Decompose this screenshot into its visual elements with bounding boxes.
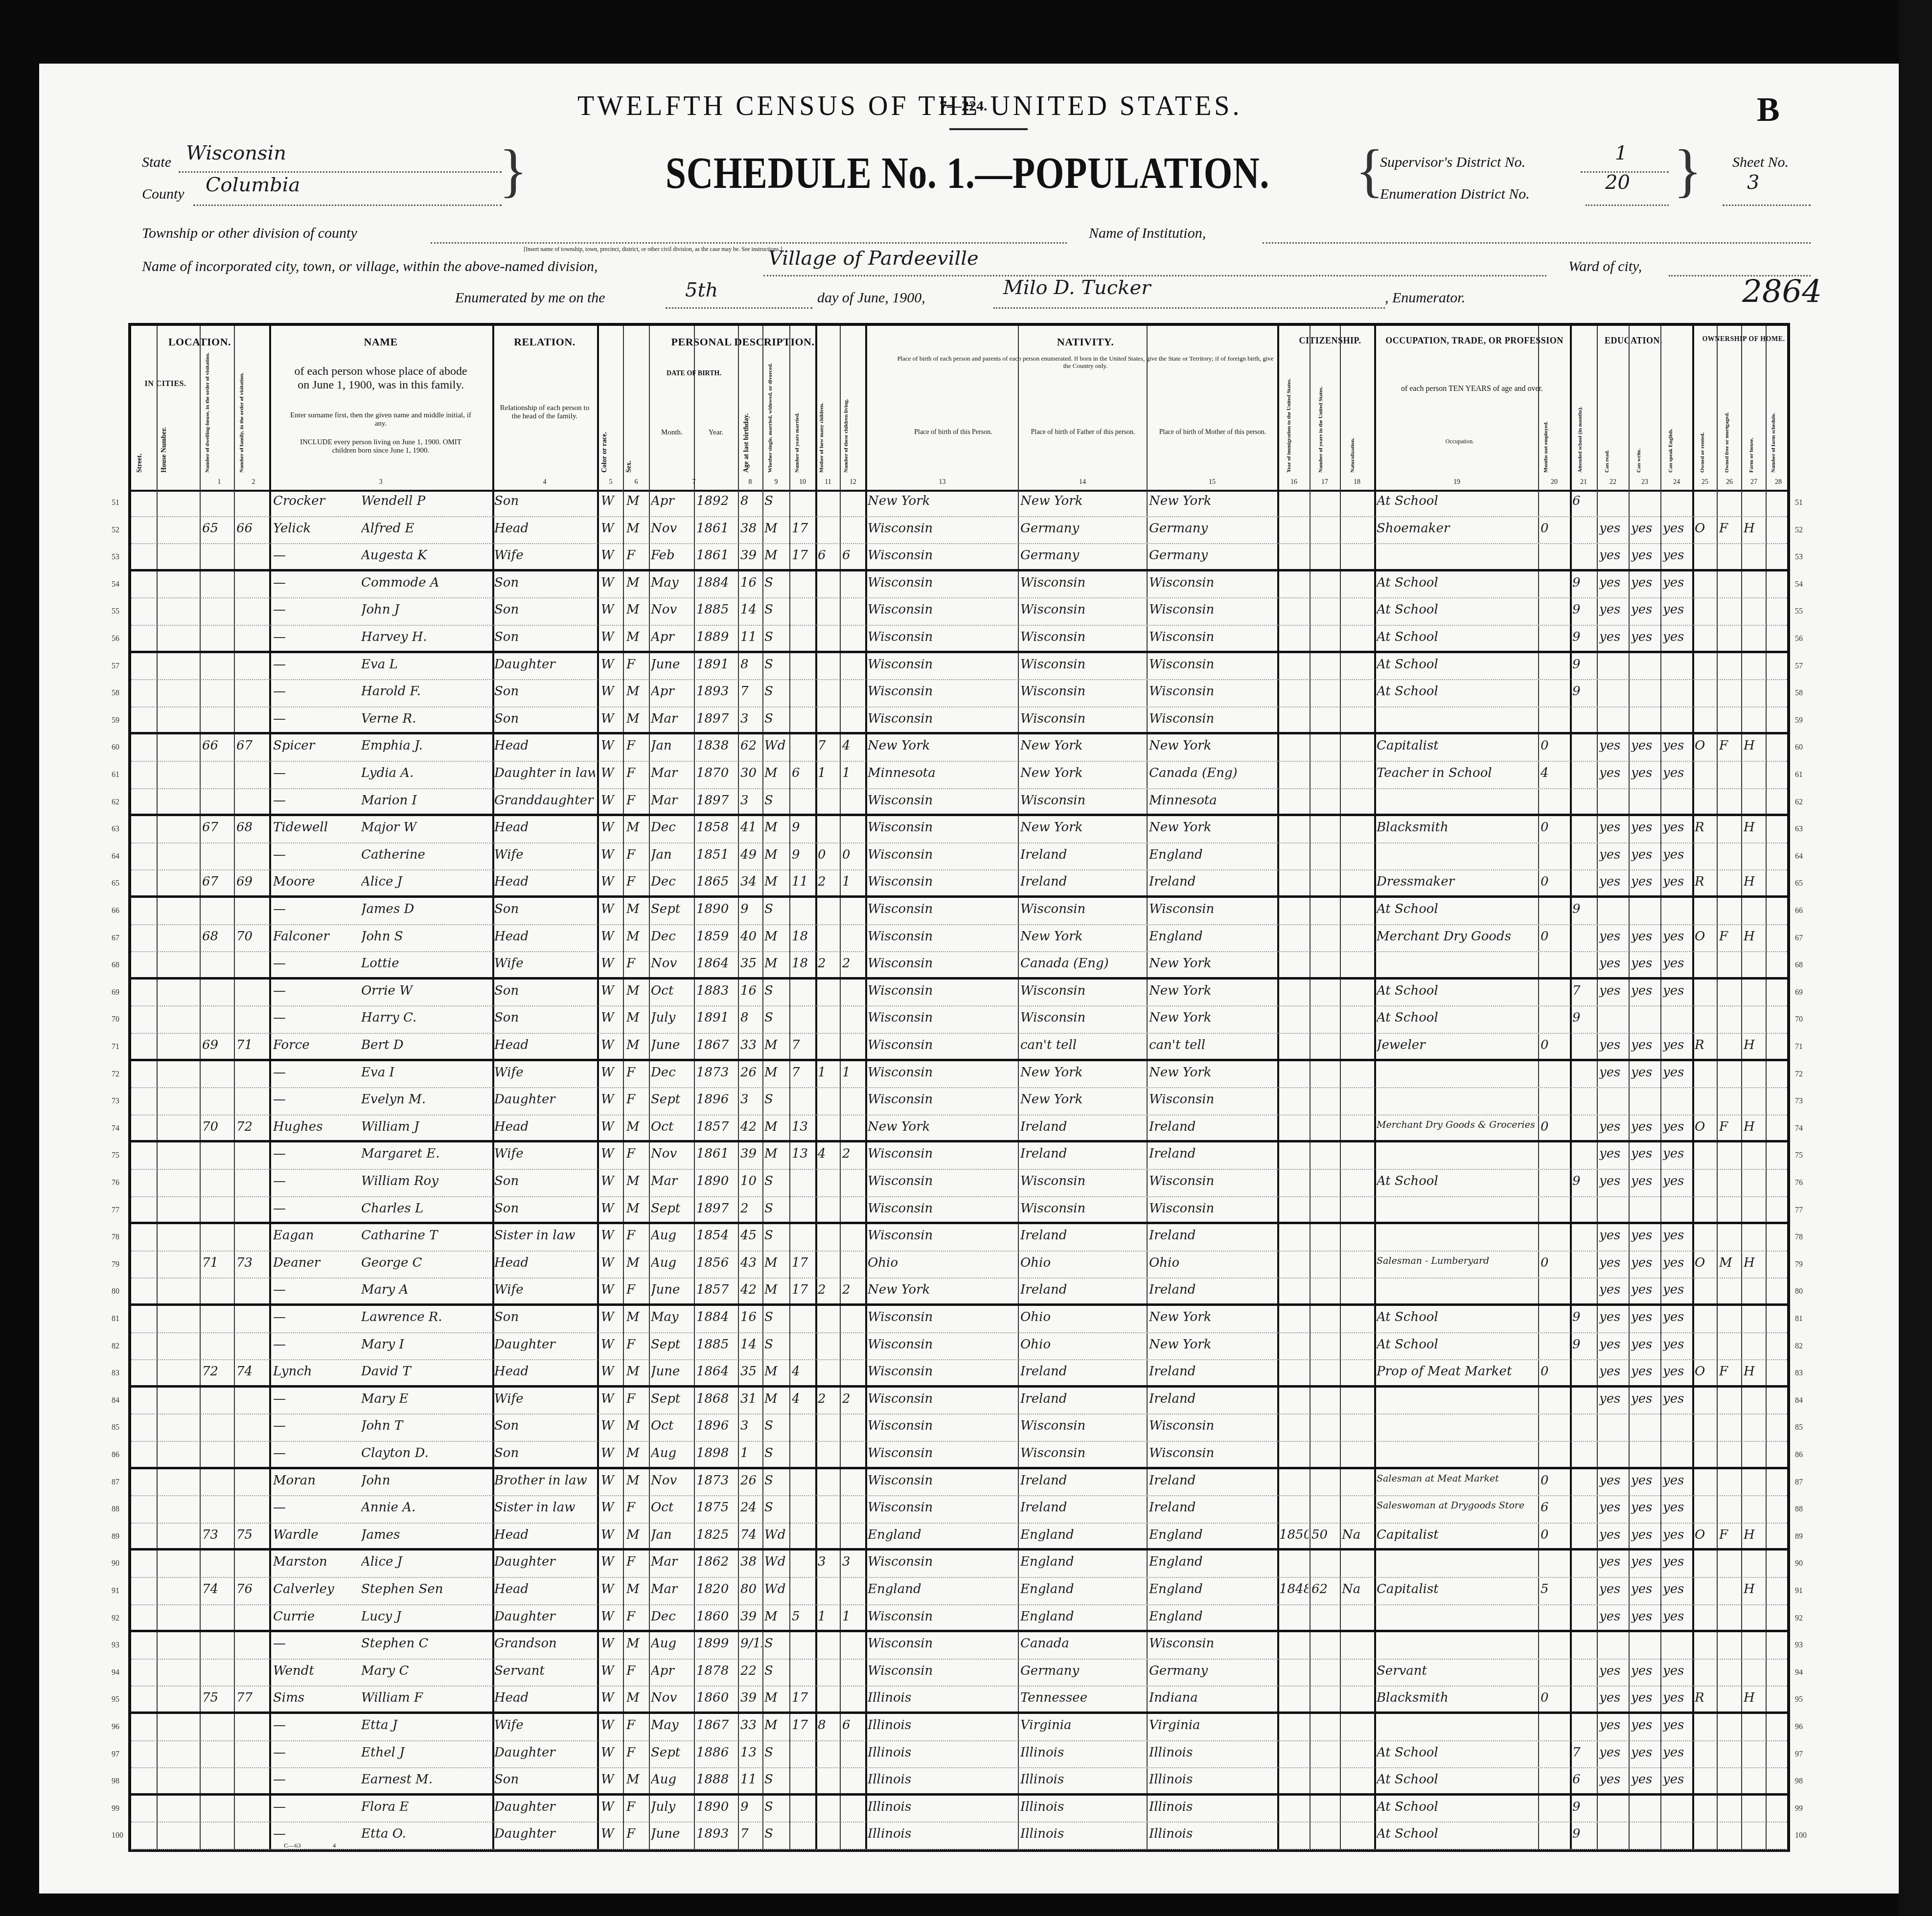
cell-age: 45 bbox=[740, 1228, 762, 1243]
cell-pob-father: New York bbox=[1020, 820, 1145, 835]
cell-pob: Wisconsin bbox=[868, 1391, 1017, 1406]
cell-pob: New York bbox=[868, 1119, 1017, 1134]
cell-surname: — bbox=[273, 1092, 361, 1107]
cell-free: F bbox=[1719, 738, 1741, 753]
cell-color: W bbox=[601, 1092, 621, 1107]
cell-relation: Grandson bbox=[494, 1636, 595, 1651]
cell-read: yes bbox=[1599, 1473, 1629, 1488]
cell-read: yes bbox=[1599, 1554, 1629, 1569]
cell-sex: F bbox=[626, 1718, 646, 1733]
cell-given: Catharine T bbox=[361, 1228, 491, 1243]
cell-pob-mother: Ireland bbox=[1149, 1228, 1276, 1243]
sheet-line bbox=[1723, 205, 1811, 206]
cell-age: 24 bbox=[740, 1500, 762, 1515]
cell-living: 4 bbox=[842, 738, 864, 753]
cell-age: 3 bbox=[740, 1092, 762, 1107]
table-row: —CatherineWifeWFJan185149M900WisconsinIr… bbox=[131, 844, 1787, 871]
cell-year: 1864 bbox=[696, 956, 736, 971]
cell-read: yes bbox=[1599, 738, 1629, 753]
cell-surname: Deaner bbox=[273, 1255, 361, 1270]
city-label: Name of incorporated city, town, or vill… bbox=[142, 258, 598, 275]
cell-sex: M bbox=[626, 902, 646, 916]
cell-write: yes bbox=[1631, 929, 1659, 944]
cell-month: Nov bbox=[651, 956, 693, 971]
cell-relation: Daughter bbox=[494, 1745, 595, 1760]
cell-given: William J bbox=[361, 1119, 491, 1134]
cell-surname: Tidewell bbox=[273, 820, 361, 835]
cell-pob: Wisconsin bbox=[868, 575, 1017, 590]
cell-marital: Wd bbox=[764, 1554, 789, 1569]
cell-relation: Head bbox=[494, 820, 595, 835]
header-relation-desc: Relationship of each person to the head … bbox=[498, 404, 591, 421]
cell-relation: Wife bbox=[494, 1718, 595, 1733]
cell-living: 1 bbox=[842, 1065, 864, 1080]
cell-sex: M bbox=[626, 1310, 646, 1324]
cell-english: yes bbox=[1663, 1772, 1691, 1787]
cell-color: W bbox=[601, 684, 621, 699]
cell-pob-mother: Ireland bbox=[1149, 1364, 1276, 1379]
cell-pob-father: Ireland bbox=[1020, 1146, 1145, 1161]
cell-write: yes bbox=[1631, 1772, 1659, 1787]
column-number: 26 bbox=[1718, 479, 1741, 486]
table-row: 7072HughesWilliam JHeadWMOct185742M13New… bbox=[131, 1116, 1787, 1143]
cell-relation: Head bbox=[494, 1038, 595, 1052]
cell-month: Dec bbox=[651, 820, 693, 835]
cell-month: Jan bbox=[651, 1528, 693, 1542]
cell-month: Dec bbox=[651, 1609, 693, 1624]
cell-sex: M bbox=[626, 1364, 646, 1379]
line-number-left: 94 bbox=[112, 1668, 119, 1677]
line-number-left: 78 bbox=[112, 1233, 119, 1242]
cell-pob: Wisconsin bbox=[868, 1174, 1017, 1188]
cell-pob-father: Wisconsin bbox=[1020, 711, 1145, 726]
cell-pob-father: Ireland bbox=[1020, 1500, 1145, 1515]
enumerator-label: , Enumerator. bbox=[1385, 290, 1465, 306]
township-label: Township or other division of county bbox=[142, 225, 357, 242]
cell-occupation: Capitalist bbox=[1377, 1528, 1537, 1542]
cell-month: June bbox=[651, 1038, 693, 1052]
cell-school: 9 bbox=[1572, 630, 1596, 644]
vheader-can-speak-english: Can speak English. bbox=[1668, 385, 1674, 473]
table-row: —Harry C.SonWMJuly18918SWisconsinWiscons… bbox=[131, 1006, 1787, 1034]
cell-month: May bbox=[651, 1310, 693, 1324]
cell-relation: Head bbox=[494, 1582, 595, 1597]
cell-pob-mother: Ohio bbox=[1149, 1255, 1276, 1270]
cell-pob: Wisconsin bbox=[868, 874, 1017, 889]
cell-surname: — bbox=[273, 575, 361, 590]
cell-occupation: Saleswoman at Drygoods Store bbox=[1377, 1500, 1537, 1511]
cell-month: Apr bbox=[651, 1664, 693, 1678]
institution-line bbox=[1263, 242, 1811, 244]
cell-color: W bbox=[601, 820, 621, 835]
cell-age: 8 bbox=[740, 657, 762, 672]
cell-own: O bbox=[1695, 1528, 1716, 1542]
cell-relation: Wife bbox=[494, 1391, 595, 1406]
line-number-right: 96 bbox=[1795, 1723, 1803, 1732]
header-relation: RELATION. bbox=[493, 336, 596, 348]
cell-color: W bbox=[601, 766, 621, 780]
city-line bbox=[763, 275, 1546, 276]
cell-year: 1857 bbox=[696, 1119, 736, 1134]
cell-write: yes bbox=[1631, 630, 1659, 644]
cell-school: 7 bbox=[1572, 983, 1596, 998]
table-row: —Etta JWifeWFMay186733M1786IllinoisVirgi… bbox=[131, 1714, 1787, 1741]
cell-year: 1861 bbox=[696, 1146, 736, 1161]
cell-yrs-married: 5 bbox=[792, 1609, 814, 1624]
vheader-years-us: Number of years in the United States. bbox=[1318, 355, 1324, 473]
cell-yrs-married: 4 bbox=[792, 1391, 814, 1406]
cell-farm: H bbox=[1744, 1690, 1765, 1705]
cell-surname: Yelick bbox=[273, 521, 361, 536]
cell-color: W bbox=[601, 1473, 621, 1488]
header-ownership: OWNERSHIP OF HOME. bbox=[1697, 336, 1790, 343]
table-row: —William RoySonWMMar189010SWisconsinWisc… bbox=[131, 1170, 1787, 1197]
cell-occupation: At School bbox=[1377, 1174, 1537, 1188]
cell-write: yes bbox=[1631, 521, 1659, 536]
cell-write: yes bbox=[1631, 1690, 1659, 1705]
cell-sex: M bbox=[626, 684, 646, 699]
line-number-right: 78 bbox=[1795, 1233, 1803, 1242]
cell-mother-of: 2 bbox=[818, 956, 838, 971]
cell-pob-mother: Illinois bbox=[1149, 1772, 1276, 1787]
line-number-right: 81 bbox=[1795, 1315, 1803, 1323]
cell-school: 9 bbox=[1572, 602, 1596, 617]
cell-sex: F bbox=[626, 738, 646, 753]
cell-pob: England bbox=[868, 1528, 1017, 1542]
cell-pob: Wisconsin bbox=[868, 1664, 1017, 1678]
cell-pob-mother: Illinois bbox=[1149, 1745, 1276, 1760]
cell-relation: Head bbox=[494, 1690, 595, 1705]
cell-write: yes bbox=[1631, 820, 1659, 835]
cell-english: yes bbox=[1663, 929, 1691, 944]
cell-year: 1856 bbox=[696, 1255, 736, 1270]
census-title: TWELFTH CENSUS OF THE UNITED STATES. bbox=[577, 91, 1242, 122]
cell-marital: S bbox=[764, 1500, 789, 1515]
cell-month: Sept bbox=[651, 1391, 693, 1406]
line-number-right: 60 bbox=[1795, 743, 1803, 752]
cell-farm: H bbox=[1744, 1528, 1765, 1542]
cell-write: yes bbox=[1631, 1745, 1659, 1760]
cell-pob-father: Wisconsin bbox=[1020, 793, 1145, 808]
cell-dwelling: 72 bbox=[202, 1364, 231, 1379]
cell-given: Annie A. bbox=[361, 1500, 491, 1515]
cell-pob: Illinois bbox=[868, 1826, 1017, 1841]
cell-living: 1 bbox=[842, 766, 864, 780]
cell-relation: Daughter bbox=[494, 1337, 595, 1352]
cell-pob: Wisconsin bbox=[868, 1473, 1017, 1488]
cell-english: yes bbox=[1663, 1664, 1691, 1678]
cell-school: 9 bbox=[1572, 1337, 1596, 1352]
line-number-right: 98 bbox=[1795, 1777, 1803, 1786]
cell-occupation: At School bbox=[1377, 902, 1537, 916]
cell-year: 1885 bbox=[696, 602, 736, 617]
cell-color: W bbox=[601, 1038, 621, 1052]
line-number-left: 58 bbox=[112, 689, 119, 698]
cell-english: yes bbox=[1663, 1554, 1691, 1569]
cell-surname: Wardle bbox=[273, 1528, 361, 1542]
cell-pob-father: Illinois bbox=[1020, 1745, 1145, 1760]
cell-write: yes bbox=[1631, 1310, 1659, 1324]
cell-pob-mother: Ireland bbox=[1149, 1282, 1276, 1297]
cell-given: John S bbox=[361, 929, 491, 944]
cell-relation: Head bbox=[494, 1255, 595, 1270]
cell-family: 73 bbox=[236, 1255, 266, 1270]
vheader-can-write: Can write. bbox=[1636, 414, 1642, 473]
enumerated-day: 5th bbox=[685, 279, 718, 301]
cell-yrs-married: 17 bbox=[792, 1282, 814, 1297]
cell-read: yes bbox=[1599, 1609, 1629, 1624]
cell-year: 1896 bbox=[696, 1092, 736, 1107]
cell-pob-mother: Indiana bbox=[1149, 1690, 1276, 1705]
cell-year: 1884 bbox=[696, 575, 736, 590]
cell-month: Aug bbox=[651, 1636, 693, 1651]
table-row: 7173DeanerGeorge CHeadWMAug185643M17Ohio… bbox=[131, 1252, 1787, 1279]
cell-pob: Wisconsin bbox=[868, 1636, 1017, 1651]
enumeration-label: Enumeration District No. bbox=[1380, 186, 1530, 203]
cell-dwelling: 70 bbox=[202, 1119, 231, 1134]
cell-age: 3 bbox=[740, 1418, 762, 1433]
line-number-right: 84 bbox=[1795, 1396, 1803, 1405]
cell-farm: H bbox=[1744, 738, 1765, 753]
cell-month: Aug bbox=[651, 1772, 693, 1787]
cell-sex: F bbox=[626, 956, 646, 971]
cell-occupation: Capitalist bbox=[1377, 1582, 1537, 1597]
cell-unemployed: 0 bbox=[1541, 929, 1568, 944]
cell-year: 1865 bbox=[696, 874, 736, 889]
cell-own: R bbox=[1695, 1690, 1716, 1705]
cell-pob-father: England bbox=[1020, 1609, 1145, 1624]
table-row: MarstonAlice JDaughterWFMar186238Wd33Wis… bbox=[131, 1551, 1787, 1578]
cell-marital: S bbox=[764, 684, 789, 699]
cell-age: 10 bbox=[740, 1174, 762, 1188]
cell-surname: — bbox=[273, 1201, 361, 1216]
vheader-street: Street. bbox=[136, 404, 144, 473]
cell-pob-mother: Illinois bbox=[1149, 1800, 1276, 1814]
cell-english: yes bbox=[1663, 1310, 1691, 1324]
line-number-left: 95 bbox=[112, 1695, 119, 1704]
line-number-right: 87 bbox=[1795, 1478, 1803, 1487]
cell-pob-mother: Wisconsin bbox=[1149, 1201, 1276, 1216]
line-number-right: 79 bbox=[1795, 1260, 1803, 1269]
cell-pob: New York bbox=[868, 1282, 1017, 1297]
line-number-right: 99 bbox=[1795, 1804, 1803, 1813]
table-row: —Harold F.SonWMApr18937SWisconsinWiscons… bbox=[131, 680, 1787, 707]
cell-occupation: Merchant Dry Goods bbox=[1377, 929, 1537, 944]
cell-unemployed: 6 bbox=[1541, 1500, 1568, 1515]
table-row: —Charles LSonWMSept18972SWisconsinWiscon… bbox=[131, 1197, 1787, 1225]
cell-given: Clayton D. bbox=[361, 1446, 491, 1460]
cell-relation: Head bbox=[494, 1119, 595, 1134]
cell-age: 13 bbox=[740, 1745, 762, 1760]
column-number: 23 bbox=[1630, 479, 1659, 486]
table-row: 6667SpicerEmphia J.HeadWFJan183862Wd74Ne… bbox=[131, 734, 1787, 762]
cell-own: O bbox=[1695, 521, 1716, 536]
cell-year: 1899 bbox=[696, 1636, 736, 1651]
cell-pob-mother: New York bbox=[1149, 1337, 1276, 1352]
cell-read: yes bbox=[1599, 1255, 1629, 1270]
line-number-right: 82 bbox=[1795, 1342, 1803, 1351]
column-number: 16 bbox=[1279, 479, 1309, 486]
cell-pob-mother: England bbox=[1149, 1609, 1276, 1624]
cell-color: W bbox=[601, 874, 621, 889]
cell-farm: H bbox=[1744, 1582, 1765, 1597]
cell-relation: Daughter bbox=[494, 1800, 595, 1814]
cell-age: 14 bbox=[740, 1337, 762, 1352]
line-number-left: 80 bbox=[112, 1287, 119, 1296]
cell-age: 16 bbox=[740, 575, 762, 590]
cell-english: yes bbox=[1663, 630, 1691, 644]
cell-year: 1873 bbox=[696, 1065, 736, 1080]
cell-relation: Son bbox=[494, 1201, 595, 1216]
cell-sex: F bbox=[626, 766, 646, 780]
cell-pob: Wisconsin bbox=[868, 1228, 1017, 1243]
cell-pob-mother: Wisconsin bbox=[1149, 1092, 1276, 1107]
cell-year: 1896 bbox=[696, 1418, 736, 1433]
cell-english: yes bbox=[1663, 1065, 1691, 1080]
column-number: 28 bbox=[1767, 479, 1790, 486]
cell-write: yes bbox=[1631, 1228, 1659, 1243]
cell-write: yes bbox=[1631, 1609, 1659, 1624]
cell-pob-mother: New York bbox=[1149, 820, 1276, 835]
cell-read: yes bbox=[1599, 820, 1629, 835]
cell-pob-father: England bbox=[1020, 1582, 1145, 1597]
header-name: NAME bbox=[271, 336, 491, 348]
line-number-right: 58 bbox=[1795, 689, 1803, 698]
cell-month: Sept bbox=[651, 1337, 693, 1352]
cell-surname: — bbox=[273, 548, 361, 563]
cell-pob-father: Wisconsin bbox=[1020, 1446, 1145, 1460]
cell-age: 35 bbox=[740, 1364, 762, 1379]
cell-age: 80 bbox=[740, 1582, 762, 1597]
cell-relation: Servant bbox=[494, 1664, 595, 1678]
cell-write: yes bbox=[1631, 874, 1659, 889]
cell-yrs-married: 17 bbox=[792, 548, 814, 563]
table-row: —Stephen CGrandsonWMAug18999/12SWisconsi… bbox=[131, 1632, 1787, 1660]
cell-write: yes bbox=[1631, 847, 1659, 862]
cell-english: yes bbox=[1663, 1609, 1691, 1624]
line-number-right: 86 bbox=[1795, 1451, 1803, 1460]
cell-write: yes bbox=[1631, 1391, 1659, 1406]
cell-year: 1886 bbox=[696, 1745, 736, 1760]
cell-living: 2 bbox=[842, 1282, 864, 1297]
cell-relation: Son bbox=[494, 902, 595, 916]
cell-month: July bbox=[651, 1010, 693, 1025]
cell-sex: M bbox=[626, 494, 646, 508]
cell-year: 1890 bbox=[696, 1800, 736, 1814]
column-number: 19 bbox=[1377, 479, 1537, 486]
cell-pob: Wisconsin bbox=[868, 602, 1017, 617]
cell-pob-mother: Germany bbox=[1149, 1664, 1276, 1678]
cell-age: 26 bbox=[740, 1065, 762, 1080]
cell-sex: M bbox=[626, 575, 646, 590]
cell-color: W bbox=[601, 1500, 621, 1515]
cell-marital: S bbox=[764, 1826, 789, 1841]
cell-english: yes bbox=[1663, 548, 1691, 563]
line-number-left: 93 bbox=[112, 1641, 119, 1650]
vheader-can-read: Can read. bbox=[1604, 414, 1610, 473]
cell-surname: — bbox=[273, 1446, 361, 1460]
cell-color: W bbox=[601, 575, 621, 590]
cell-month: Aug bbox=[651, 1255, 693, 1270]
cell-marital: M bbox=[764, 1282, 789, 1297]
cell-relation: Daughter bbox=[494, 1609, 595, 1624]
cell-age: 30 bbox=[740, 766, 762, 780]
cell-relation: Daughter in law bbox=[494, 766, 595, 780]
cell-color: W bbox=[601, 1255, 621, 1270]
cell-own: O bbox=[1695, 1364, 1716, 1379]
cell-family: 67 bbox=[236, 738, 266, 753]
column-number: 25 bbox=[1694, 479, 1716, 486]
cell-school: 9 bbox=[1572, 1174, 1596, 1188]
cell-marital: S bbox=[764, 1174, 789, 1188]
cell-age: 43 bbox=[740, 1255, 762, 1270]
cell-pob-mother: Germany bbox=[1149, 548, 1276, 563]
cell-year: 1888 bbox=[696, 1772, 736, 1787]
cell-english: yes bbox=[1663, 575, 1691, 590]
cell-mother-of: 4 bbox=[818, 1146, 838, 1161]
cell-month: Mar bbox=[651, 1174, 693, 1188]
cell-pob-mother: Minnesota bbox=[1149, 793, 1276, 808]
cell-read: yes bbox=[1599, 1528, 1629, 1542]
cell-english: yes bbox=[1663, 1119, 1691, 1134]
cell-relation: Head bbox=[494, 1364, 595, 1379]
cell-pob-father: Ohio bbox=[1020, 1337, 1145, 1352]
cell-color: W bbox=[601, 1282, 621, 1297]
cell-surname: Eagan bbox=[273, 1228, 361, 1243]
cell-english: yes bbox=[1663, 1337, 1691, 1352]
cell-relation: Son bbox=[494, 684, 595, 699]
cell-unemployed: 0 bbox=[1541, 820, 1568, 835]
cell-relation: Son bbox=[494, 983, 595, 998]
cell-write: yes bbox=[1631, 548, 1659, 563]
cell-sex: M bbox=[626, 1038, 646, 1052]
cell-read: yes bbox=[1599, 874, 1629, 889]
line-number-right: 88 bbox=[1795, 1505, 1803, 1514]
cell-given: Emphia J. bbox=[361, 738, 491, 753]
cell-year: 1854 bbox=[696, 1228, 736, 1243]
cell-month: Sept bbox=[651, 1201, 693, 1216]
cell-read: yes bbox=[1599, 766, 1629, 780]
county-line bbox=[193, 205, 502, 206]
header-occupation-desc: of each person TEN YEARS of age and over… bbox=[1384, 385, 1560, 393]
cell-school: 9 bbox=[1572, 1310, 1596, 1324]
cell-sex: M bbox=[626, 1772, 646, 1787]
cell-pob-mother: Wisconsin bbox=[1149, 711, 1276, 726]
cell-pob-mother: Ireland bbox=[1149, 1473, 1276, 1488]
cell-sex: M bbox=[626, 1010, 646, 1025]
cell-relation: Daughter bbox=[494, 657, 595, 672]
table-row: MoranJohnBrother in lawWMNov187326SWisco… bbox=[131, 1469, 1787, 1497]
cell-given: Lydia A. bbox=[361, 766, 491, 780]
cell-year: 1820 bbox=[696, 1582, 736, 1597]
cell-surname: Falconer bbox=[273, 929, 361, 944]
cell-pob-mother: Wisconsin bbox=[1149, 602, 1276, 617]
cell-pob-father: Ireland bbox=[1020, 1391, 1145, 1406]
cell-english: yes bbox=[1663, 1391, 1691, 1406]
cell-yrs-married: 9 bbox=[792, 847, 814, 862]
cell-color: W bbox=[601, 1337, 621, 1352]
cell-occupation: Capitalist bbox=[1377, 738, 1537, 753]
cell-farm: H bbox=[1744, 1364, 1765, 1379]
enumerated-mid: day of June, 1900, bbox=[817, 290, 925, 306]
cell-occupation: Salesman at Meat Market bbox=[1377, 1473, 1537, 1484]
cell-sex: M bbox=[626, 1446, 646, 1460]
cell-color: W bbox=[601, 1582, 621, 1597]
cell-unemployed: 5 bbox=[1541, 1582, 1568, 1597]
cell-sex: M bbox=[626, 1528, 646, 1542]
cell-month: Sept bbox=[651, 902, 693, 916]
line-number-left: 65 bbox=[112, 879, 119, 888]
